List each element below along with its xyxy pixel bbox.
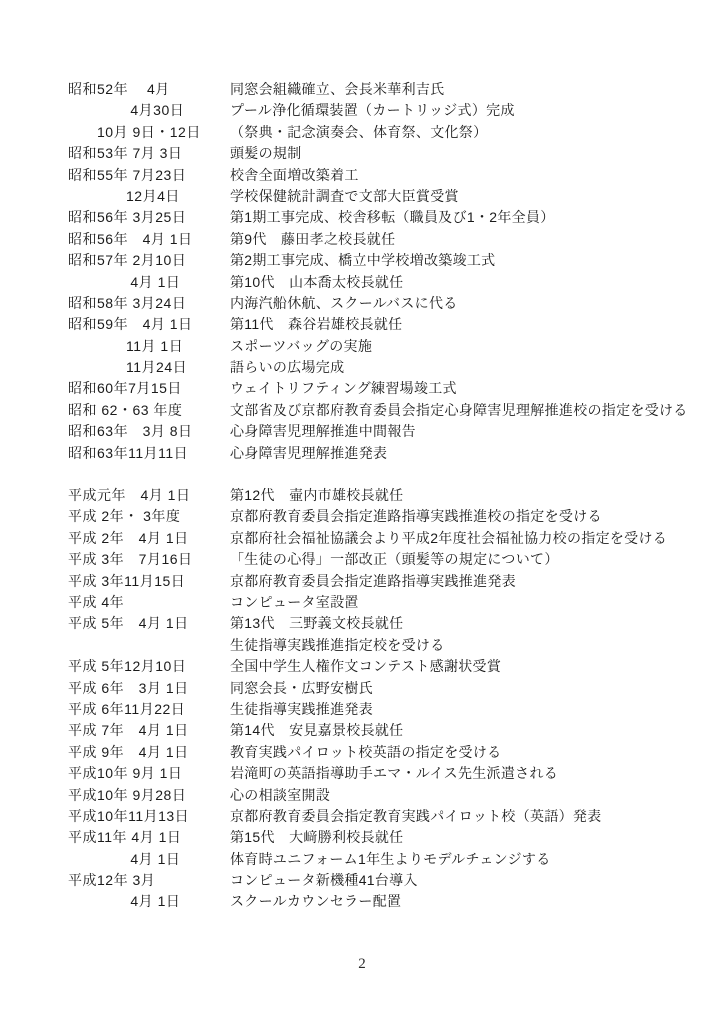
row-date: 平成10年 9月28日 xyxy=(68,785,230,806)
row-date: 平成 6年11月22日 xyxy=(68,699,230,720)
timeline-row: 4月 1日第10代 山本喬太校長就任 xyxy=(68,272,688,293)
timeline-row: 10月 9日・12日（祭典・記念演奏会、体育祭、文化祭） xyxy=(68,122,688,143)
timeline-row: 平成 2年・ 3年度京都府教育委員会指定進路指導実践推進校の指定を受ける xyxy=(68,506,688,527)
row-date: 平成 3年11月15日 xyxy=(68,571,230,592)
timeline-row: 昭和63年 3月 8日心身障害児理解推進中間報告 xyxy=(68,421,688,442)
row-event-text: 第14代 安見嘉景校長就任 xyxy=(230,720,403,741)
timeline-row: 平成10年 9月28日心の相談室開設 xyxy=(68,785,688,806)
timeline-row: 平成 4年コンピュータ室設置 xyxy=(68,592,688,613)
timeline-row: 平成 7年 4月 1日第14代 安見嘉景校長就任 xyxy=(68,720,688,741)
row-event-text: 「生徒の心得」一部改正（頭髪等の規定について） xyxy=(230,549,559,570)
timeline-row: 昭和59年 4月 1日第11代 森谷岩雄校長就任 xyxy=(68,314,688,335)
row-date: 平成元年 4月 1日 xyxy=(68,485,230,506)
row-date: 平成 4年 xyxy=(68,592,230,613)
row-event-text: 全国中学生人権作文コンテスト感謝状受賞 xyxy=(230,656,501,677)
timeline-row: 平成10年 9月 1日岩滝町の英語指導助手エマ・ルイス先生派遣される xyxy=(68,763,688,784)
row-event-text: 第10代 山本喬太校長就任 xyxy=(230,272,403,293)
timeline-row: 昭和 62・63 年度文部省及び京都府教育委員会指定心身障害児理解推進校の指定を… xyxy=(68,400,688,421)
timeline-row: 昭和58年 3月24日内海汽船休航、スクールバスに代る xyxy=(68,293,688,314)
row-event-text: 岩滝町の英語指導助手エマ・ルイス先生派遣される xyxy=(230,763,558,784)
timeline-row: 4月30日プール浄化循環装置（カートリッジ式）完成 xyxy=(68,100,688,121)
row-event-text: 心の相談室開設 xyxy=(230,785,330,806)
row-date: 平成 2年 4月 1日 xyxy=(68,528,230,549)
row-event-text: スポーツバッグの実施 xyxy=(230,336,372,357)
row-event-text: 生徒指導実践推進指定校を受ける xyxy=(230,635,445,656)
row-date: 12月4日 xyxy=(68,186,230,207)
row-event-text: コンピュータ室設置 xyxy=(230,592,359,613)
row-event-text: 第12代 壷内市雄校長就任 xyxy=(230,485,403,506)
row-date: 4月 1日 xyxy=(68,891,230,912)
row-date: 昭和63年 3月 8日 xyxy=(68,421,230,442)
row-date: 昭和60年7月15日 xyxy=(68,378,230,399)
timeline-row: 昭和52年 4月同窓会組織確立、会長米華利吉氏 xyxy=(68,79,688,100)
row-event-text: 京都府教育委員会指定教育実践パイロット校（英語）発表 xyxy=(230,806,602,827)
row-date: 昭和63年11月11日 xyxy=(68,443,230,464)
timeline-row: 4月 1日体育時ユニフォーム1年生よりモデルチェンジする xyxy=(68,849,688,870)
row-event-text: 文部省及び京都府教育委員会指定心身障害児理解推進校の指定を受ける xyxy=(230,400,688,421)
row-event-text: 京都府教育委員会指定進路指導実践推進発表 xyxy=(230,571,516,592)
row-event-text: 同窓会長・広野安樹氏 xyxy=(230,678,373,699)
timeline-row: 平成12年 3月コンピュータ新機種41台導入 xyxy=(68,870,688,891)
row-event-text: ウェイトリフティング練習場竣工式 xyxy=(230,378,457,399)
row-date: 昭和56年 4月 1日 xyxy=(68,229,230,250)
row-event-text: 第15代 大﨑勝利校長就任 xyxy=(230,827,403,848)
timeline-row: 平成 6年11月22日生徒指導実践推進発表 xyxy=(68,699,688,720)
row-date: 昭和56年 3月25日 xyxy=(68,207,230,228)
row-event-text: 心身障害児理解推進中間報告 xyxy=(230,421,416,442)
row-date: 昭和53年 7月 3日 xyxy=(68,143,230,164)
row-event-text: 京都府社会福祉協議会より平成2年度社会福祉協力校の指定を受ける xyxy=(230,528,667,549)
timeline-row: 11月24日語らいの広場完成 xyxy=(68,357,688,378)
row-event-text: 内海汽船休航、スクールバスに代る xyxy=(230,293,458,314)
row-event-text: （祭典・記念演奏会、体育祭、文化祭） xyxy=(230,122,487,143)
timeline-row: 平成 9年 4月 1日教育実践パイロット校英語の指定を受ける xyxy=(68,742,688,763)
timeline-row: 12月4日学校保健統計調査で文部大臣賞受賞 xyxy=(68,186,688,207)
row-event-text: 生徒指導実践推進発表 xyxy=(230,699,373,720)
row-event-text: 第11代 森谷岩雄校長就任 xyxy=(230,314,402,335)
timeline-row: 昭和55年 7月23日校舎全面増改築着工 xyxy=(68,165,688,186)
timeline-row: 4月 1日スクールカウンセラー配置 xyxy=(68,891,688,912)
row-event-text: 第2期工事完成、橋立中学校増改築竣工式 xyxy=(230,250,496,271)
row-event-text: 第9代 藤田孝之校長就任 xyxy=(230,229,395,250)
timeline-row: 平成10年11月13日京都府教育委員会指定教育実践パイロット校（英語）発表 xyxy=(68,806,688,827)
row-event-text: コンピュータ新機種41台導入 xyxy=(230,870,418,891)
timeline-row: 平成 3年11月15日京都府教育委員会指定進路指導実践推進発表 xyxy=(68,571,688,592)
timeline-row: 平成 5年12月10日全国中学生人権作文コンテスト感謝状受賞 xyxy=(68,656,688,677)
document-page: 昭和52年 4月同窓会組織確立、会長米華利吉氏 4月30日プール浄化循環装置（カ… xyxy=(0,0,724,1024)
row-event-text: 学校保健統計調査で文部大臣賞受賞 xyxy=(230,186,459,207)
timeline-row: 昭和53年 7月 3日頭髪の規制 xyxy=(68,143,688,164)
row-date: 平成10年 9月 1日 xyxy=(68,763,230,784)
timeline-row: 昭和60年7月15日ウェイトリフティング練習場竣工式 xyxy=(68,378,688,399)
row-event-text: プール浄化循環装置（カートリッジ式）完成 xyxy=(230,100,515,121)
timeline-row: 平成 5年 4月 1日第13代 三野義文校長就任 xyxy=(68,613,688,634)
row-date: 4月30日 xyxy=(68,100,230,121)
row-date: 昭和58年 3月24日 xyxy=(68,293,230,314)
timeline-section-showa: 昭和52年 4月同窓会組織確立、会長米華利吉氏 4月30日プール浄化循環装置（カ… xyxy=(68,79,688,464)
timeline-row: 昭和63年11月11日心身障害児理解推進発表 xyxy=(68,443,688,464)
row-date: 平成 5年 4月 1日 xyxy=(68,613,230,634)
page-number: 2 xyxy=(0,956,724,973)
school-history-timeline: 昭和52年 4月同窓会組織確立、会長米華利吉氏 4月30日プール浄化循環装置（カ… xyxy=(68,79,688,913)
row-date: 11月24日 xyxy=(68,357,230,378)
timeline-section-heisei: 平成元年 4月 1日第12代 壷内市雄校長就任平成 2年・ 3年度京都府教育委員… xyxy=(68,485,688,913)
timeline-row: 平成 3年 7月16日「生徒の心得」一部改正（頭髪等の規定について） xyxy=(68,549,688,570)
timeline-row: 昭和56年 4月 1日第9代 藤田孝之校長就任 xyxy=(68,229,688,250)
row-date: 平成 5年12月10日 xyxy=(68,656,230,677)
row-event-text: 京都府教育委員会指定進路指導実践推進校の指定を受ける xyxy=(230,506,602,527)
timeline-row: 平成元年 4月 1日第12代 壷内市雄校長就任 xyxy=(68,485,688,506)
timeline-row: 11月 1日スポーツバッグの実施 xyxy=(68,336,688,357)
row-date: 平成11年 4月 1日 xyxy=(68,827,230,848)
row-date: 昭和 62・63 年度 xyxy=(68,400,230,421)
timeline-row: 平成11年 4月 1日第15代 大﨑勝利校長就任 xyxy=(68,827,688,848)
row-date: 昭和59年 4月 1日 xyxy=(68,314,230,335)
row-event-text: 校舎全面増改築着工 xyxy=(230,165,359,186)
timeline-row: 平成 6年 3月 1日同窓会長・広野安樹氏 xyxy=(68,678,688,699)
row-event-text: 教育実践パイロット校英語の指定を受ける xyxy=(230,742,501,763)
row-date: 平成 7年 4月 1日 xyxy=(68,720,230,741)
row-date: 昭和52年 4月 xyxy=(68,79,230,100)
row-date: 昭和55年 7月23日 xyxy=(68,165,230,186)
row-event-text: 体育時ユニフォーム1年生よりモデルチェンジする xyxy=(230,849,551,870)
row-date: 平成 9年 4月 1日 xyxy=(68,742,230,763)
row-date: 4月 1日 xyxy=(68,849,230,870)
row-date: 平成 2年・ 3年度 xyxy=(68,506,230,527)
row-event-text: 心身障害児理解推進発表 xyxy=(230,443,387,464)
row-date: 4月 1日 xyxy=(68,272,230,293)
row-event-text: 語らいの広場完成 xyxy=(230,357,344,378)
timeline-row: 昭和56年 3月25日第1期工事完成、校舎移転（職員及び1・2年全員） xyxy=(68,207,688,228)
row-date: 平成12年 3月 xyxy=(68,870,230,891)
row-date: 昭和57年 2月10日 xyxy=(68,250,230,271)
row-event-text: 頭髪の規制 xyxy=(230,143,302,164)
row-date: 11月 1日 xyxy=(68,336,230,357)
row-date: 10月 9日・12日 xyxy=(68,122,230,143)
row-event-text: 第13代 三野義文校長就任 xyxy=(230,613,403,634)
row-date: 平成 3年 7月16日 xyxy=(68,549,230,570)
timeline-row: 昭和57年 2月10日第2期工事完成、橋立中学校増改築竣工式 xyxy=(68,250,688,271)
row-event-text: 同窓会組織確立、会長米華利吉氏 xyxy=(230,79,445,100)
row-event-text: 第1期工事完成、校舎移転（職員及び1・2年全員） xyxy=(230,207,555,228)
row-event-text: スクールカウンセラー配置 xyxy=(230,891,401,912)
row-date: 平成 6年 3月 1日 xyxy=(68,678,230,699)
timeline-row: 生徒指導実践推進指定校を受ける xyxy=(68,635,688,656)
row-date: 平成10年11月13日 xyxy=(68,806,230,827)
timeline-row: 平成 2年 4月 1日京都府社会福祉協議会より平成2年度社会福祉協力校の指定を受… xyxy=(68,528,688,549)
